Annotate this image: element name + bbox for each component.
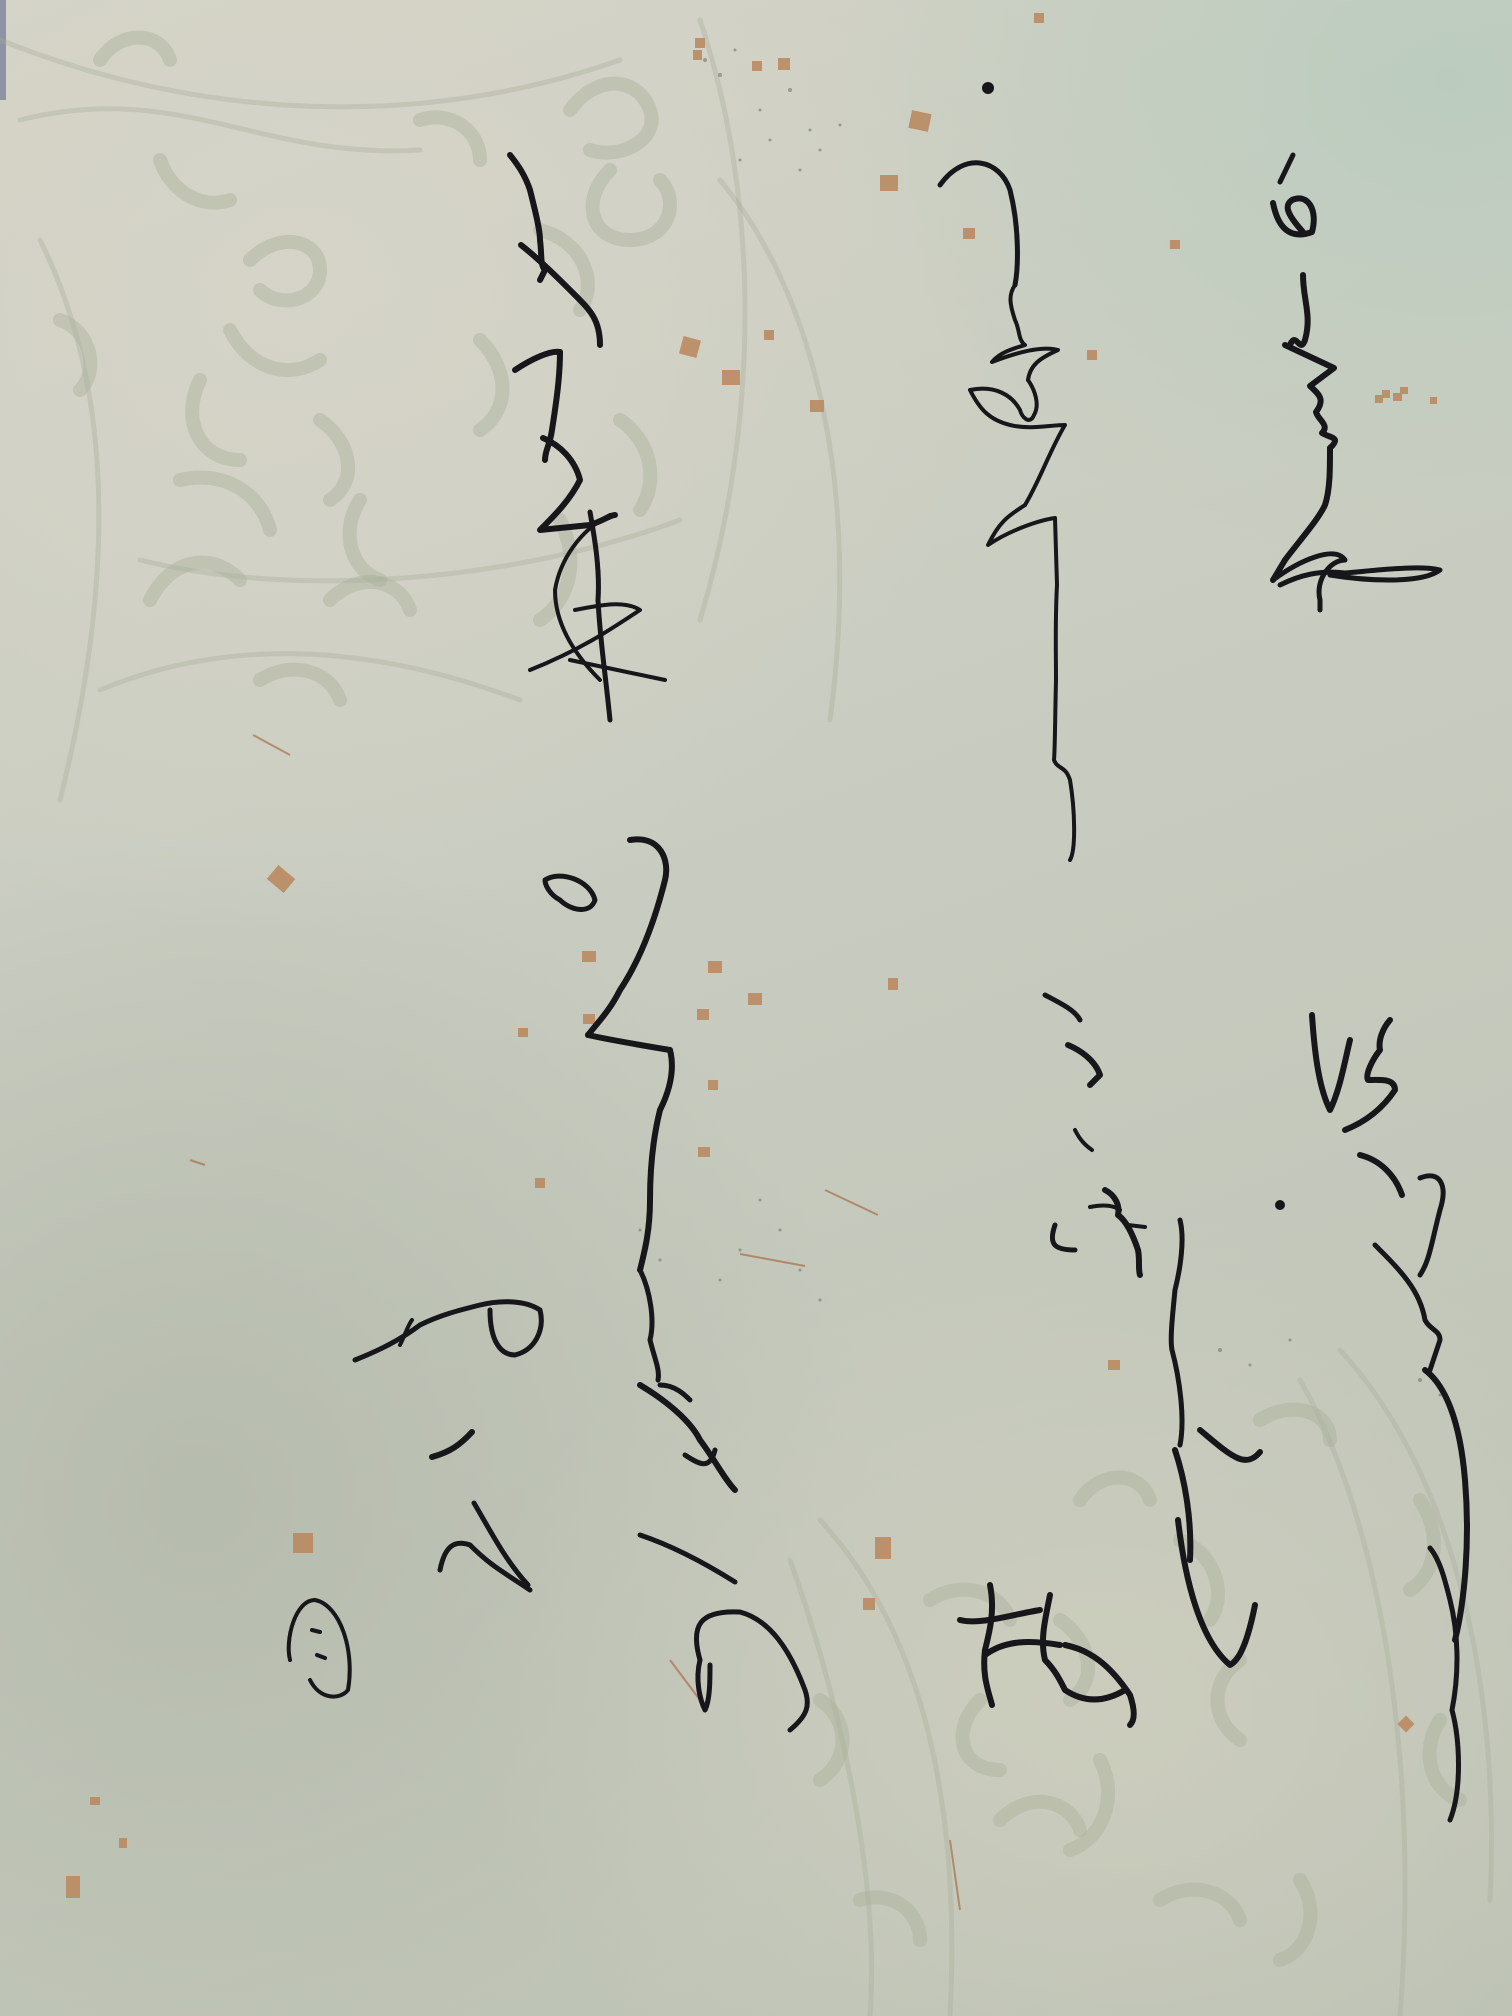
column-1-strokes (1200, 155, 1467, 1820)
column-3-strokes (960, 1585, 1134, 1725)
calligraphy-ink (0, 0, 1512, 2016)
ink-blot (982, 82, 994, 94)
column-4-strokes (510, 155, 807, 1730)
column-5-strokes (289, 1302, 542, 1697)
